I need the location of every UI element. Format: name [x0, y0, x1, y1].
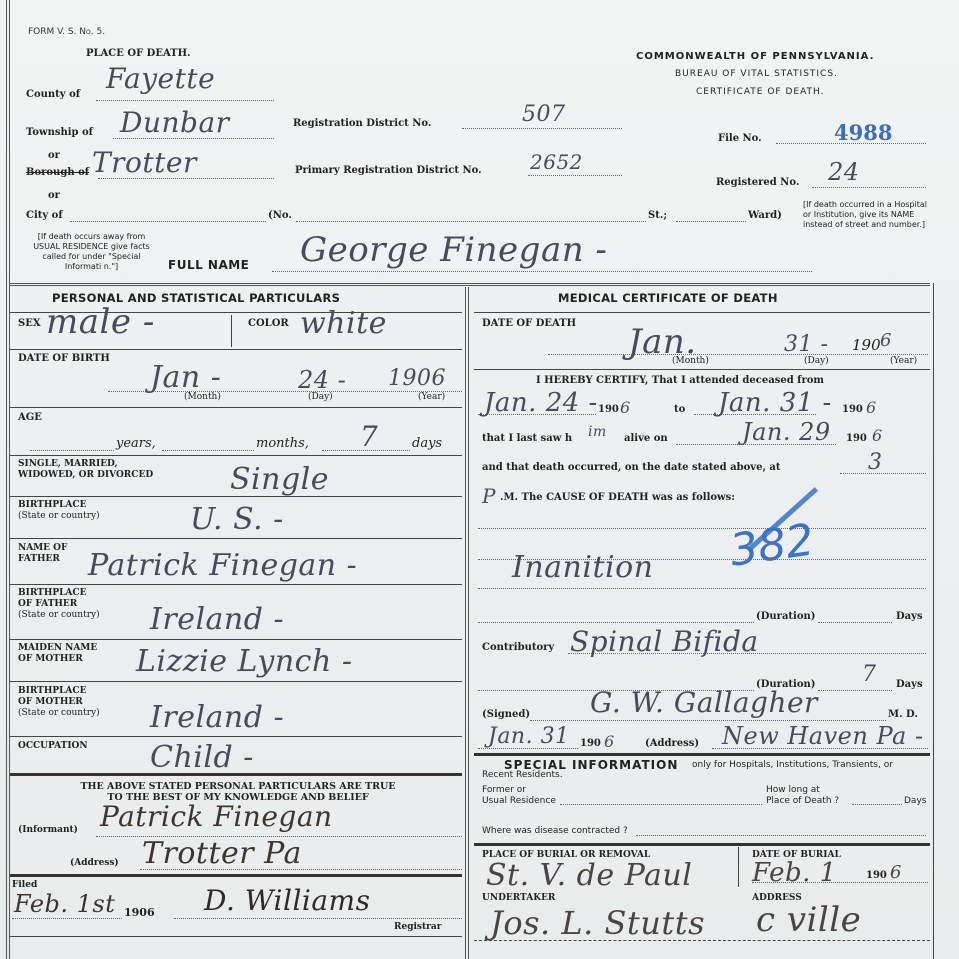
dob-day[interactable]: 24 - — [298, 366, 346, 394]
mother-birthplace-value[interactable]: Ireland - — [150, 700, 284, 735]
undertaker-label: UNDERTAKER — [482, 893, 555, 903]
dod-month-caption: (Month) — [672, 356, 709, 366]
father-birthplace-value[interactable]: Ireland - — [150, 602, 284, 637]
certify-text: I HEREBY CERTIFY, That I attended deceas… — [536, 375, 824, 386]
registration-district-label: Registration District No. — [293, 118, 431, 129]
father-label-2: FATHER — [18, 554, 67, 565]
how-long-days-label: Days — [904, 796, 926, 806]
color-value[interactable]: white — [300, 306, 387, 341]
physician-address-value[interactable]: New Haven Pa - — [722, 722, 924, 750]
to-year-prefix: 190 — [842, 404, 863, 415]
header-certificate: CERTIFICATE OF DEATH. — [696, 87, 825, 97]
sex-value[interactable]: male - — [46, 302, 155, 342]
mother-bp-label-2: OF MOTHER — [18, 697, 100, 708]
dod-year-caption: (Year) — [890, 356, 917, 366]
attended-to[interactable]: Jan. 31 - — [718, 388, 832, 418]
birthplace-value[interactable]: U. S. - — [190, 502, 284, 537]
form-number: FORM V. S. No. 5. — [28, 27, 105, 37]
former-residence-label-1: Former or — [482, 785, 556, 796]
last-saw-pronoun[interactable]: im — [588, 424, 607, 440]
last-saw-year-prefix: 190 — [846, 433, 867, 444]
mother-name-value[interactable]: Lizzie Lynch - — [136, 644, 352, 679]
registration-district-value[interactable]: 507 — [522, 102, 566, 127]
burial-place-value[interactable]: St. V. de Paul — [486, 858, 692, 893]
dod-label: DATE OF DEATH — [482, 318, 576, 329]
header-bureau: BUREAU OF VITAL STATISTICS. — [675, 69, 838, 79]
burial-date-value[interactable]: Feb. 1 — [752, 858, 837, 888]
signed-year-prefix: 190 — [580, 738, 601, 749]
file-number-value[interactable]: 4988 — [834, 120, 892, 145]
mother-bp-sub: (State or country) — [18, 708, 100, 719]
age-label: AGE — [18, 412, 42, 423]
medical-heading: MEDICAL CERTIFICATE OF DEATH — [558, 291, 778, 305]
to-year-suffix[interactable]: 6 — [866, 398, 877, 417]
or-label-1: or — [48, 150, 60, 161]
age-days-label: days — [412, 436, 442, 451]
informant-address-value[interactable]: Trotter Pa — [142, 836, 302, 871]
color-label: COLOR — [248, 318, 289, 329]
right-border — [933, 283, 934, 959]
registrar-label: Registrar — [394, 922, 441, 932]
registrar-signature[interactable]: D. Williams — [204, 884, 370, 917]
filed-year[interactable]: 1906 — [124, 906, 155, 919]
burial-year-prefix: 190 — [866, 870, 887, 881]
marital-label-1: SINGLE, MARRIED, — [18, 459, 153, 470]
dob-year[interactable]: 1906 — [388, 366, 446, 391]
mother-bp-label-1: BIRTHPLACE — [18, 686, 100, 697]
birthplace-label: BIRTHPLACE — [18, 500, 100, 511]
last-saw-label: that I last saw h — [482, 433, 572, 444]
father-label-1: NAME OF — [18, 543, 67, 554]
duration-label-1: (Duration) — [756, 611, 816, 622]
full-name-label: FULL NAME — [168, 258, 249, 272]
former-residence-label-2: Usual Residence — [482, 796, 556, 807]
center-divider — [465, 287, 469, 959]
meridiem-value[interactable]: P — [482, 484, 496, 508]
how-long-label-2: Place of Death ? — [766, 796, 839, 807]
death-time[interactable]: 3 — [868, 450, 883, 475]
marital-value[interactable]: Single — [230, 462, 329, 497]
informant-value[interactable]: Patrick Finegan — [100, 800, 333, 833]
registered-number-value[interactable]: 24 — [828, 158, 860, 186]
county-value[interactable]: Fayette — [106, 62, 215, 95]
file-number-label: File No. — [718, 133, 762, 144]
borough-value[interactable]: Trotter — [92, 146, 197, 179]
mother-label-1: MAIDEN NAME — [18, 643, 97, 654]
contributory-value[interactable]: Spinal Bifida — [570, 625, 759, 658]
death-certificate: FORM V. S. No. 5. PLACE OF DEATH. COMMON… — [0, 0, 959, 959]
how-long-label-1: How long at — [766, 785, 839, 796]
primary-district-label: Primary Registration District No. — [295, 165, 482, 176]
informant-label: (Informant) — [18, 825, 78, 835]
cause-text: .M. The CAUSE OF DEATH was as follows: — [500, 492, 735, 503]
mother-label-2: OF MOTHER — [18, 654, 97, 665]
father-bp-sub: (State or country) — [18, 610, 100, 621]
signed-date[interactable]: Jan. 31 — [488, 724, 570, 749]
alive-on-label: alive on — [624, 433, 668, 444]
street-label: St.; — [648, 210, 667, 221]
dob-month-caption: (Month) — [184, 392, 221, 402]
primary-district-value[interactable]: 2652 — [530, 150, 583, 174]
residence-note: [If death occurs away from USUAL RESIDEN… — [24, 232, 159, 272]
to-label: to — [674, 404, 685, 415]
left-border — [6, 0, 10, 959]
last-saw-year-suffix[interactable]: 6 — [872, 426, 883, 445]
age-years-label: years, — [116, 436, 156, 451]
age-days-value[interactable]: 7 — [360, 420, 378, 453]
death-occurred-text: and that death occurred, on the date sta… — [482, 462, 781, 473]
dod-year-prefix: 190 — [852, 336, 881, 354]
hospital-note: [If death occurred in a Hospital or Inst… — [803, 200, 929, 230]
informant-statement-1: THE ABOVE STATED PERSONAL PARTICULARS AR… — [18, 781, 458, 792]
informant-address-label: (Address) — [70, 858, 119, 868]
cause-of-death-value[interactable]: Inanition — [512, 550, 654, 585]
occupation-value[interactable]: Child - — [150, 740, 254, 775]
from-year-suffix[interactable]: 6 — [620, 398, 631, 417]
header-commonwealth: COMMONWEALTH OF PENNSYLVANIA. — [636, 51, 874, 62]
ward-label: Ward) — [748, 210, 782, 221]
dob-month[interactable]: Jan - — [150, 360, 221, 395]
dob-label: DATE OF BIRTH — [18, 353, 110, 364]
special-info-subheading: only for Hospitals, Institutions, Transi… — [692, 760, 893, 770]
attended-from[interactable]: Jan. 24 - — [484, 388, 598, 418]
father-bp-label-1: BIRTHPLACE — [18, 588, 100, 599]
md-label: M. D. — [888, 709, 918, 720]
registered-number-label: Registered No. — [716, 177, 799, 188]
marital-label-2: WIDOWED, OR DIVORCED — [18, 470, 153, 481]
township-value[interactable]: Dunbar — [120, 106, 230, 139]
father-name-value[interactable]: Patrick Finegan - — [88, 548, 357, 583]
dod-day-caption: (Day) — [804, 356, 829, 366]
township-label: Township of — [26, 127, 93, 138]
dod-year-suffix[interactable]: 6 — [880, 330, 892, 351]
last-saw-date[interactable]: Jan. 29 — [742, 418, 831, 446]
borough-label: Borough of — [26, 167, 89, 178]
contributory-label: Contributory — [482, 642, 554, 653]
birthplace-sub: (State or country) — [18, 511, 100, 522]
physician-address-label: (Address) — [645, 738, 699, 749]
burial-year-suffix[interactable]: 6 — [890, 862, 902, 883]
signed-label: (Signed) — [482, 709, 530, 720]
street-number-label: (No. — [268, 210, 292, 221]
occupation-label: OCCUPATION — [18, 741, 88, 751]
dob-day-caption: (Day) — [308, 392, 333, 402]
age-months-label: months, — [256, 436, 309, 451]
physician-signature[interactable]: G. W. Gallagher — [590, 686, 818, 719]
county-label: County of — [26, 89, 80, 100]
from-year-prefix: 190 — [598, 404, 619, 415]
father-bp-label-2: OF FATHER — [18, 599, 100, 610]
sex-label: SEX — [18, 318, 41, 329]
dod-day[interactable]: 31 - — [784, 332, 828, 357]
contributory-duration[interactable]: 7 — [862, 662, 877, 687]
undertaker-value[interactable]: Jos. L. Stutts — [490, 904, 705, 942]
duration-days-label-1: Days — [896, 611, 923, 622]
filed-label: Filed — [12, 880, 37, 890]
full-name-value[interactable]: George Finegan - — [300, 230, 607, 270]
dob-year-caption: (Year) — [418, 392, 445, 402]
duration-days-label-2: Days — [896, 679, 923, 690]
undertaker-address-value[interactable]: c ville — [756, 900, 861, 940]
special-info-subheading-2: Recent Residents. — [482, 770, 563, 780]
disease-contracted-label: Where was disease contracted ? — [482, 826, 628, 836]
signed-year-suffix[interactable]: 6 — [604, 732, 615, 751]
or-label-2: or — [48, 190, 60, 201]
city-label: City of — [26, 210, 63, 221]
place-of-death-heading: PLACE OF DEATH. — [86, 48, 191, 59]
filed-date-value[interactable]: Feb. 1st — [14, 890, 115, 918]
